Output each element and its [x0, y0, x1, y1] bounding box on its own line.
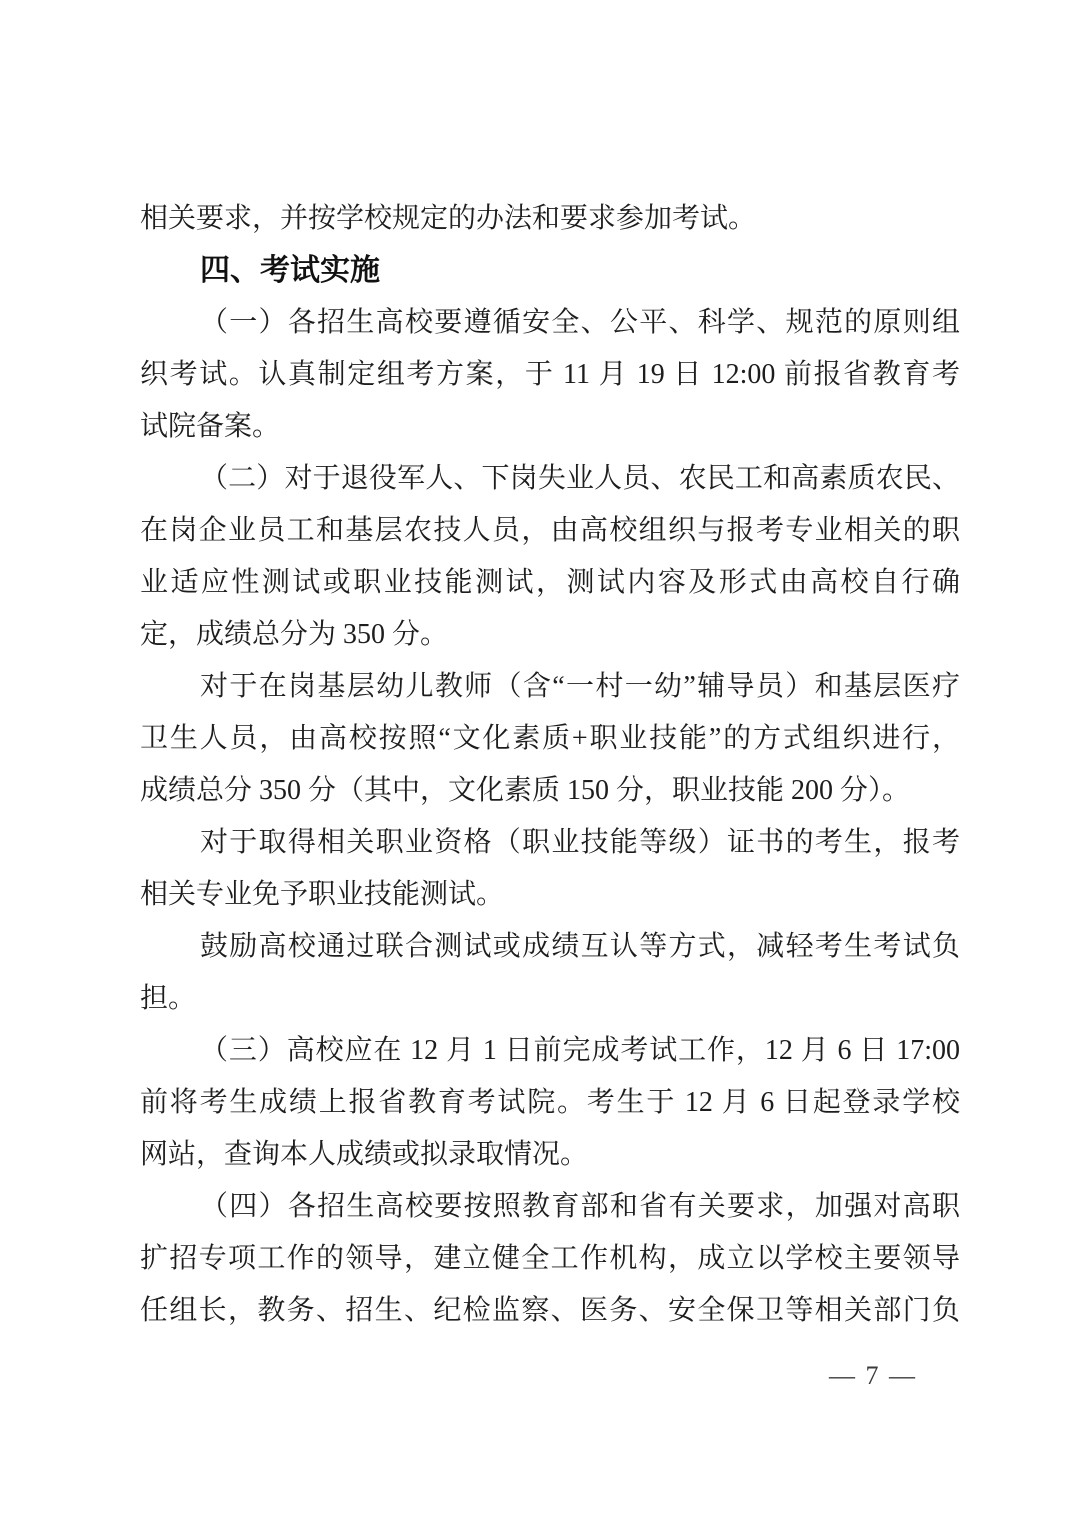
text-line: 试院备案。: [140, 401, 960, 453]
text-line: （三）高校应在 12 月 1 日前完成考试工作，12 月 6 日 17:00: [140, 1025, 960, 1077]
text-line: 前将考生成绩上报省教育考试院。考生于 12 月 6 日起登录学校: [140, 1077, 960, 1129]
document-body: 相关要求，并按学校规定的办法和要求参加考试。 四、考试实施 （一）各招生高校要遵…: [140, 193, 960, 1337]
text-line: 相关专业免予职业技能测试。: [140, 869, 960, 921]
text-line: 卫生人员，由高校按照“文化素质+职业技能”的方式组织进行，: [140, 713, 960, 765]
text-line: 在岗企业员工和基层农技人员，由高校组织与报考专业相关的职: [140, 505, 960, 557]
text-line: （四）各招生高校要按照教育部和省有关要求，加强对高职: [140, 1181, 960, 1233]
document-page: 相关要求，并按学校规定的办法和要求参加考试。 四、考试实施 （一）各招生高校要遵…: [0, 0, 1080, 1527]
text-line: 扩招专项工作的领导，建立健全工作机构，成立以学校主要领导: [140, 1233, 960, 1285]
text-line: 成绩总分 350 分（其中，文化素质 150 分，职业技能 200 分）。: [140, 765, 960, 817]
text-line: 鼓励高校通过联合测试或成绩互认等方式，减轻考生考试负: [140, 921, 960, 973]
section-heading: 四、考试实施: [140, 245, 960, 297]
text-line: 定，成绩总分为 350 分。: [140, 609, 960, 661]
text-line: 任组长，教务、招生、纪检监察、医务、安全保卫等相关部门负: [140, 1285, 960, 1337]
text-line: 相关要求，并按学校规定的办法和要求参加考试。: [140, 193, 960, 245]
text-line: 对于取得相关职业资格（职业技能等级）证书的考生，报考: [140, 817, 960, 869]
page-number: — 7 —: [829, 1360, 917, 1392]
text-line: 对于在岗基层幼儿教师（含“一村一幼”辅导员）和基层医疗: [140, 661, 960, 713]
text-line: （二）对于退役军人、下岗失业人员、农民工和高素质农民、: [140, 453, 960, 505]
text-line: （一）各招生高校要遵循安全、公平、科学、规范的原则组: [140, 297, 960, 349]
text-line: 业适应性测试或职业技能测试，测试内容及形式由高校自行确: [140, 557, 960, 609]
text-line: 网站，查询本人成绩或拟录取情况。: [140, 1129, 960, 1181]
text-line: 织考试。认真制定组考方案，于 11 月 19 日 12:00 前报省教育考: [140, 349, 960, 401]
text-line: 担。: [140, 973, 960, 1025]
